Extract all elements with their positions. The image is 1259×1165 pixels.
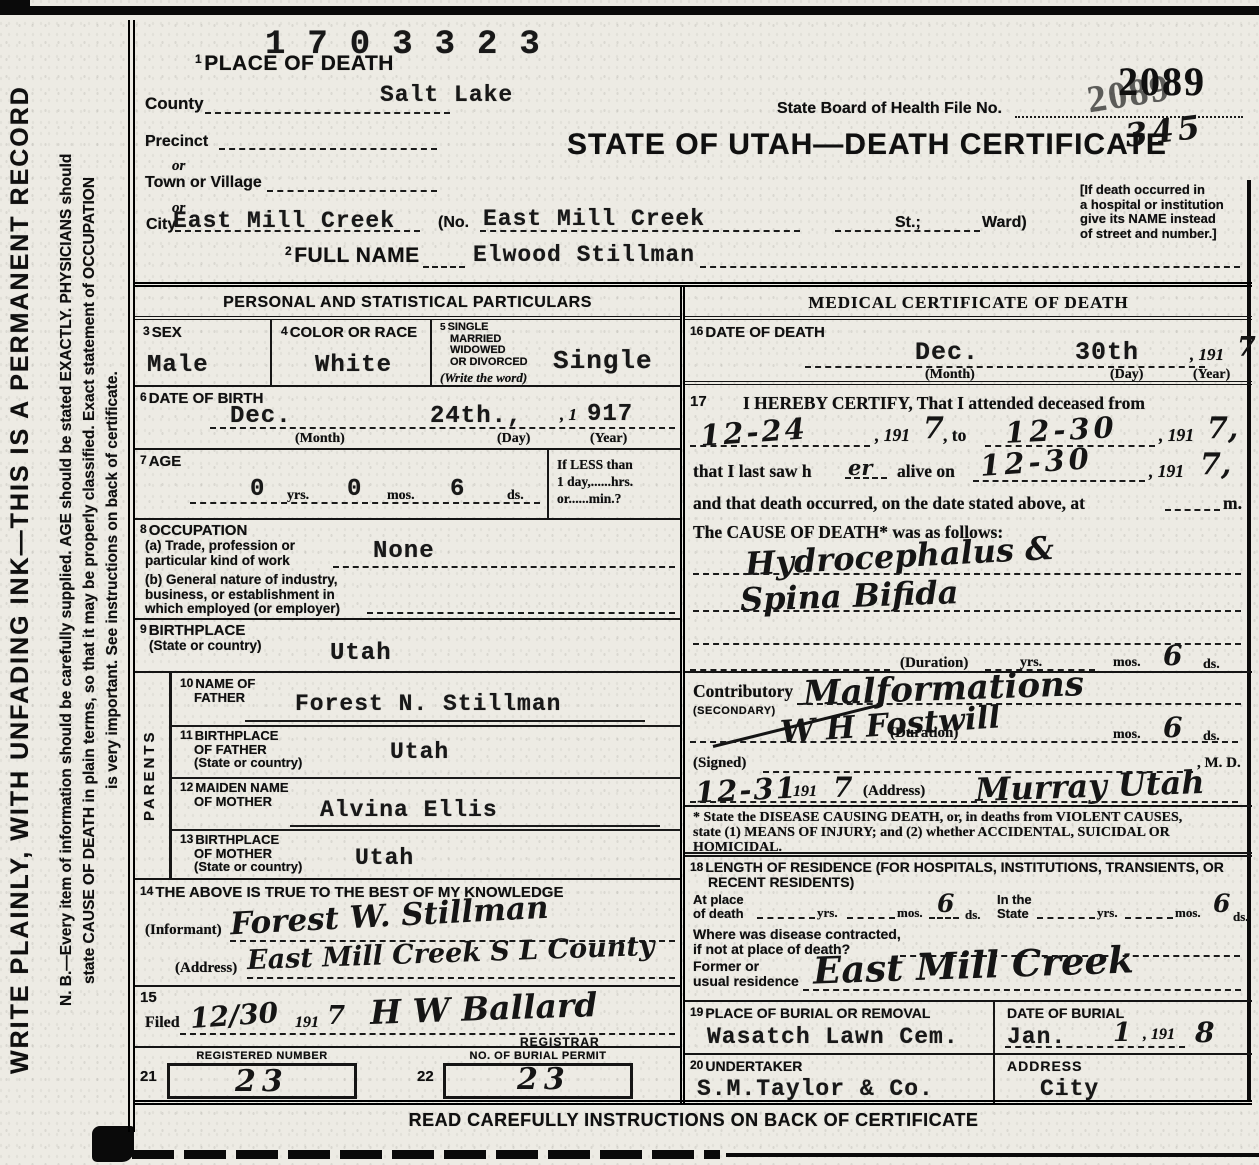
medical-column: MEDICAL CERTIFICATE OF DEATH 16DATE OF D… xyxy=(685,287,1252,1105)
dob-pre-year: , 1 xyxy=(560,405,577,425)
footer-divider xyxy=(135,1100,1252,1105)
cause-duration-ds-value: 6 xyxy=(1163,639,1182,672)
dod-line xyxy=(805,366,1205,368)
age-yrs-label: yrs. xyxy=(287,488,309,504)
county-value: Salt Lake xyxy=(380,82,513,108)
cause-footnote: * State the DISEASE CAUSING DEATH, or, i… xyxy=(693,810,1182,855)
last-saw-pre: that I last saw h xyxy=(693,461,812,482)
mother-birthplace-label: 13BIRTHPLACEOF MOTHER(State or country) xyxy=(180,833,302,874)
certificate-form: 1703323 1PLACE OF DEATH County Salt Lake… xyxy=(128,20,1252,1132)
former-residence-label: Former orusual residence xyxy=(693,959,799,989)
street-no-line xyxy=(480,230,800,232)
attended-pre-year1: , 191 xyxy=(875,425,910,446)
margin-line-nb: N. B.—Every item of information should b… xyxy=(58,40,76,1120)
burial-pre-year: , 191 xyxy=(1143,1026,1175,1044)
age-line xyxy=(190,502,540,504)
sex-value: Male xyxy=(147,352,209,379)
burial-row: 19PLACE OF BURIAL OR REMOVAL Wasatch Law… xyxy=(685,1002,1252,1055)
fullname-number: 2 xyxy=(285,244,292,258)
town-line xyxy=(267,190,437,192)
or-label-1: or xyxy=(172,158,185,175)
footer-instructions: READ CAREFULLY INSTRUCTIONS ON BACK OF C… xyxy=(135,1110,1252,1131)
marital-label: 5SINGLEMARRIEDWIDOWEDOR DIVORCED xyxy=(440,322,528,368)
last-saw-year: 7, xyxy=(1200,447,1231,482)
dob-cap-month: (Month) xyxy=(295,431,345,447)
street-ward-line xyxy=(835,230,980,232)
death-certificate-scan: WRITE PLAINLY, WITH UNFADING INK—THIS IS… xyxy=(0,0,1259,1165)
father-name-value: Forest N. Stillman xyxy=(295,691,561,717)
reg-section-number: 21 xyxy=(140,1068,157,1085)
in-state-ds-value: 6 xyxy=(1213,889,1230,918)
precinct-line xyxy=(219,148,437,150)
certificate-title: STATE OF UTAH—DEATH CERTIFICATE xyxy=(567,128,1167,162)
fullname-value: Elwood Stillman xyxy=(473,242,695,268)
occupation-b-label: (b) General nature of industry,business,… xyxy=(145,573,340,617)
sex-label: 3SEX xyxy=(143,324,182,341)
personal-column: PERSONAL AND STATISTICAL PARTICULARS 3SE… xyxy=(135,287,685,1105)
certify-cause-row: 17 I HEREBY CERTIFY, That I attended dec… xyxy=(685,385,1252,673)
cause-duration-ds: ds. xyxy=(1203,657,1220,673)
residence-row: 18LENGTH OF RESIDENCE (FOR HOSPITALS, IN… xyxy=(685,857,1252,1002)
board-file-label: State Board of Health File No. xyxy=(777,100,1002,118)
informant-address-line xyxy=(247,977,675,979)
medical-title-row: MEDICAL CERTIFICATE OF DEATH xyxy=(685,287,1252,320)
dod-pre-year: , 191 xyxy=(1190,345,1224,365)
attended-pre-year2: , 191 xyxy=(1159,425,1194,446)
dob-month-value: Dec. xyxy=(230,403,292,430)
death-occurred-m: m. xyxy=(1223,493,1242,514)
signed-date-value: 12-31 xyxy=(694,770,798,809)
scan-corner-mark xyxy=(0,0,30,7)
in-state-ds: ds. xyxy=(1233,909,1249,925)
mother-name-label: 12MAIDEN NAMEOF MOTHER xyxy=(180,781,289,808)
marital-hint: (Write the word) xyxy=(440,370,527,386)
birthplace-label: 9BIRTHPLACE xyxy=(140,622,245,639)
at-place-ds: ds. xyxy=(965,907,981,923)
age-mos-value: 0 xyxy=(347,476,362,503)
cause-duration-mos: mos. xyxy=(1113,655,1141,671)
dob-day-value: 24th., xyxy=(430,403,522,430)
county-line xyxy=(205,112,450,114)
undertaker-label: 20UNDERTAKER xyxy=(690,1058,802,1074)
undertaker-row: 20UNDERTAKER S.M.Taylor & Co. ADDRESS Ci… xyxy=(685,1055,1252,1105)
permit-label: NO. OF BURIAL PERMIT xyxy=(443,1050,633,1062)
precinct-label: Precinct xyxy=(145,133,208,151)
at-place-label: At placeof death xyxy=(693,893,744,920)
burial-year: 8 xyxy=(1195,1016,1214,1049)
hospital-note: [If death occurred in a hospital or inst… xyxy=(1080,183,1250,241)
personal-title-row: PERSONAL AND STATISTICAL PARTICULARS xyxy=(135,287,680,320)
city-label: City xyxy=(146,216,176,234)
contrib-duration-label: (Duration) xyxy=(890,725,958,742)
fullname-line-long xyxy=(700,266,1240,268)
dob-year-value: 917 xyxy=(587,401,633,428)
contrib-duration-ds-value: 6 xyxy=(1163,711,1182,744)
section1-label: 1PLACE OF DEATH xyxy=(195,52,394,76)
margin-instructions: WRITE PLAINLY, WITH UNFADING INK—THIS IS… xyxy=(0,40,128,1120)
county-label: County xyxy=(145,94,204,114)
dod-cap-month: (Month) xyxy=(925,367,975,383)
age-ds-label: ds. xyxy=(507,488,524,504)
in-state-mos: mos. xyxy=(1175,905,1201,921)
street-no-value: East Mill Creek xyxy=(483,206,705,232)
last-saw-post: alive on xyxy=(897,461,955,482)
informant-label: (Informant) xyxy=(145,922,222,939)
age-row: 7AGE 0 yrs. 0 mos. 6 ds. If LESS than1 d… xyxy=(135,450,680,520)
parents-row: PARENTS 10NAME OFFATHER Forest N. Stillm… xyxy=(135,673,680,880)
sex-race-marital-row: 3SEX Male 4COLOR OR RACE White 5SINGLEMA… xyxy=(135,320,680,387)
permit-section-number: 22 xyxy=(417,1068,434,1085)
scan-edge-bottom-dashed xyxy=(132,1150,720,1159)
filed-pre-year: 191 xyxy=(295,1014,319,1032)
occupation-a-value: None xyxy=(373,538,435,565)
father-birthplace-value: Utah xyxy=(390,739,449,765)
occupation-row: 8OCCUPATION (a) Trade, profession orpart… xyxy=(135,520,680,620)
ward-label: Ward) xyxy=(982,214,1027,232)
contributory-row: Contributory Malformations (SECONDARY) W… xyxy=(685,673,1252,807)
date-of-birth-row: 6DATE OF BIRTH Dec. 24th., , 1 917 (Mont… xyxy=(135,387,680,450)
dod-day-value: 30th xyxy=(1075,338,1139,367)
street-no-label: (No. xyxy=(438,214,469,232)
attended-to-label: , to xyxy=(943,425,966,446)
age-less-note: If LESS than1 day,......hrs.or......min.… xyxy=(557,456,633,507)
margin-line-cause: state CAUSE OF DEATH in plain terms, so … xyxy=(81,40,99,1120)
dod-cap-year: (Year) xyxy=(1193,367,1230,383)
occupation-label: 8OCCUPATION xyxy=(140,522,247,539)
dod-cap-day: (Day) xyxy=(1110,367,1143,383)
occupation-a-label: (a) Trade, profession orparticular kind … xyxy=(145,539,295,568)
contrib-duration-ds: ds. xyxy=(1203,729,1220,745)
age-mos-label: mos. xyxy=(387,488,415,504)
dod-year-value: 7 xyxy=(1237,332,1256,363)
father-name-line xyxy=(245,720,645,722)
scan-edge-top xyxy=(0,6,1259,15)
at-place-yrs: yrs. xyxy=(817,905,838,921)
signed-address-label: (Address) xyxy=(863,783,925,800)
at-place-mos: mos. xyxy=(897,905,923,921)
last-saw-pre-year: , 191 xyxy=(1149,461,1184,482)
age-label: 7AGE xyxy=(140,453,181,470)
mother-name-value: Alvina Ellis xyxy=(320,797,498,823)
form-columns: PERSONAL AND STATISTICAL PARTICULARS 3SE… xyxy=(135,282,1252,1105)
section1-number: 1 xyxy=(195,52,202,66)
date-of-death-row: 16DATE OF DEATH Dec. 30th , 191 7 (Month… xyxy=(685,320,1252,385)
scan-edge-bottom-line xyxy=(726,1153,1259,1157)
age-yrs-value: 0 xyxy=(250,476,265,503)
birthplace-row: 9BIRTHPLACE (State or country) Utah xyxy=(135,620,680,673)
fullname-line-short xyxy=(423,266,465,268)
dob-cap-year: (Year) xyxy=(590,431,627,447)
dob-cap-day: (Day) xyxy=(497,431,530,447)
footnote-row: * State the DISEASE CAUSING DEATH, or, i… xyxy=(685,807,1252,857)
undertaker-value: S.M.Taylor & Co. xyxy=(697,1076,934,1102)
filed-date: 12/30 xyxy=(189,996,279,1035)
informant-address-label: (Address) xyxy=(175,960,237,977)
birthplace-sub: (State or country) xyxy=(149,638,262,653)
undertaker-address-label: ADDRESS xyxy=(1007,1058,1082,1074)
filed-line xyxy=(180,1033,675,1035)
mother-name-line xyxy=(290,825,660,827)
race-label: 4COLOR OR RACE xyxy=(281,324,417,341)
father-name-label: 10NAME OFFATHER xyxy=(180,677,255,704)
contributory-label: Contributory xyxy=(693,681,793,702)
father-birthplace-label: 11BIRTHPLACEOF FATHER(State or country) xyxy=(180,729,302,770)
town-label: Town or Village xyxy=(145,174,262,192)
filed-section-number: 15 xyxy=(140,989,157,1006)
dod-month-value: Dec. xyxy=(915,338,979,367)
burial-place-value: Wasatch Lawn Cem. xyxy=(707,1024,959,1050)
last-saw-date: 12-30 xyxy=(979,441,1094,483)
signed-pre-year: , 191 xyxy=(785,783,817,801)
occupation-b-line xyxy=(367,612,675,614)
marital-value: Single xyxy=(553,346,653,376)
death-occurred-text: and that death occurred, on the date sta… xyxy=(693,493,1085,514)
form-header: 1703323 1PLACE OF DEATH County Salt Lake… xyxy=(135,20,1252,282)
parents-label: PARENTS xyxy=(141,673,158,878)
certify-section-number: 17 xyxy=(690,393,707,410)
burial-date-day: 1 xyxy=(1113,1018,1131,1048)
signed-year-value: 7 xyxy=(833,771,852,804)
attended-year2: 7, xyxy=(1207,411,1238,446)
dod-label: 16DATE OF DEATH xyxy=(690,324,825,341)
mother-birthplace-value: Utah xyxy=(355,845,414,871)
birthplace-value: Utah xyxy=(330,640,392,667)
reg-label: REGISTERED NUMBER xyxy=(167,1050,357,1062)
medical-title: MEDICAL CERTIFICATE OF DEATH xyxy=(685,293,1252,313)
filed-row: 15 Filed 12/30 191 7 H W Ballard REGISTR… xyxy=(135,987,680,1048)
registered-number-row: 21 REGISTERED NUMBER 23 22 NO. OF BURIAL… xyxy=(135,1048,680,1105)
registrar-label: REGISTRAR xyxy=(520,1035,600,1049)
contrib-duration-mos: mos. xyxy=(1113,727,1141,743)
informant-row: 14THE ABOVE IS TRUE TO THE BEST OF MY KN… xyxy=(135,880,680,987)
fullname-label: 2FULL NAME xyxy=(285,244,420,268)
margin-line-important: is very important. See instructions on b… xyxy=(104,40,122,1120)
in-state-yrs: yrs. xyxy=(1097,905,1118,921)
at-place-ds-value: 6 xyxy=(937,889,954,918)
residence-label: 18LENGTH OF RESIDENCE (FOR HOSPITALS, IN… xyxy=(690,860,1224,890)
signed-label: (Signed) xyxy=(693,755,746,772)
city-line xyxy=(175,230,420,232)
age-ds-value: 6 xyxy=(450,476,465,503)
undertaker-address-value: City xyxy=(1040,1076,1099,1102)
permit-value: 23 xyxy=(517,1062,571,1097)
burial-place-label: 19PLACE OF BURIAL OR REMOVAL xyxy=(690,1005,930,1021)
margin-line-permanent-record: WRITE PLAINLY, WITH UNFADING INK—THIS IS… xyxy=(6,40,35,1120)
filed-label: Filed xyxy=(145,1014,180,1032)
burial-date-label: DATE OF BURIAL xyxy=(1007,1005,1124,1021)
registrar-signature: H W Ballard xyxy=(369,985,598,1032)
reg-value: 23 xyxy=(235,1064,289,1099)
filed-year: 7 xyxy=(327,1001,345,1031)
occupation-a-line xyxy=(333,566,675,568)
race-value: White xyxy=(315,352,392,379)
in-state-label: In theState xyxy=(997,893,1032,920)
contributory-sub-label: (SECONDARY) xyxy=(693,705,776,717)
personal-title: PERSONAL AND STATISTICAL PARTICULARS xyxy=(135,294,680,312)
attended-year1: 7 xyxy=(923,411,944,446)
